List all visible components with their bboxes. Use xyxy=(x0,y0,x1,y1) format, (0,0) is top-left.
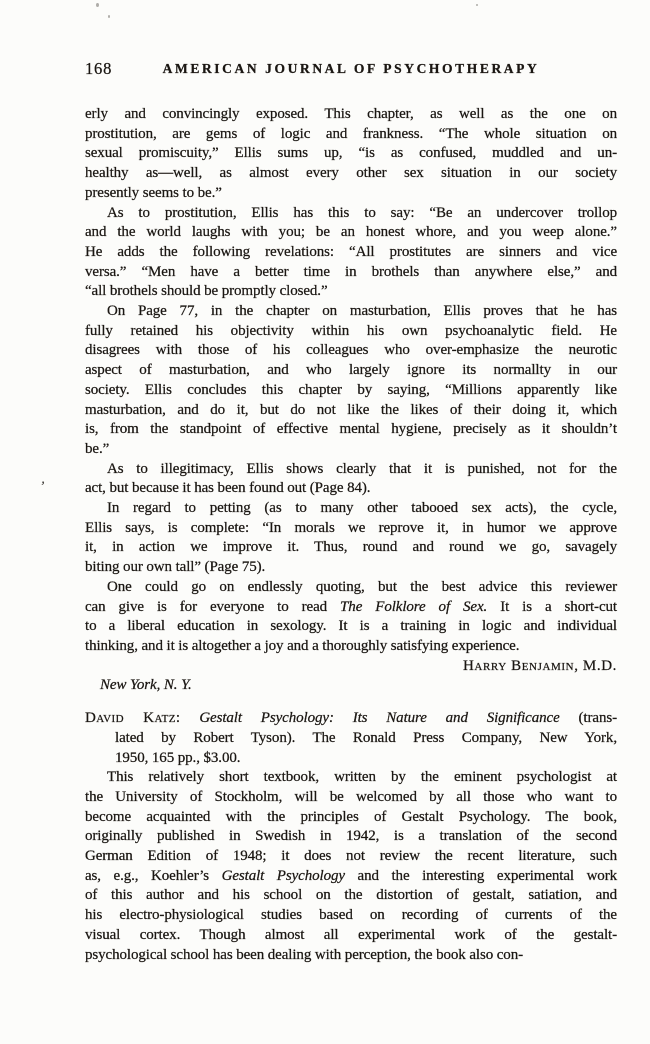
text-line: In regard to petting (as to many other t… xyxy=(85,499,617,519)
paragraph: This relatively short textbook, written … xyxy=(85,768,617,965)
text-line: can give is for everyone to read The Fol… xyxy=(85,598,617,618)
journal-page: 168 AMERICAN JOURNAL OF PSYCHOTHERAPY er… xyxy=(0,0,650,1044)
text-line: sexual promiscuity,” Ellis sums up, “is … xyxy=(85,144,617,164)
text-line: prostitution, are gems of logic and fran… xyxy=(85,125,617,145)
review-paragraphs: This relatively short textbook, written … xyxy=(85,768,617,965)
text-line: German Edition of 1948; it does not revi… xyxy=(85,847,617,867)
paragraph: As to illegitimacy, Ellis shows clearly … xyxy=(85,460,617,499)
journal-title: AMERICAN JOURNAL OF PSYCHOTHERAPY xyxy=(85,58,617,77)
text-line: it, in action we improve it. Thus, round… xyxy=(85,538,617,558)
text-line: be.” xyxy=(85,440,617,460)
text-line: fully retained his objectivity within hi… xyxy=(85,322,617,342)
text-line: to a liberal education in sexology. It i… xyxy=(85,617,617,637)
text-line: “all brothels should be promptly closed.… xyxy=(85,282,617,302)
page-header: 168 AMERICAN JOURNAL OF PSYCHOTHERAPY xyxy=(85,58,617,78)
text-line: visual cortex. Though almost all experim… xyxy=(85,926,617,946)
review-citation: David Katz: Gestalt Psychology: Its Natu… xyxy=(85,709,617,768)
text-line: 1950, 165 pp., $3.00. xyxy=(85,749,617,769)
reviewer-location: New York, N. Y. xyxy=(85,676,617,696)
text-line: of this author and his school on the dis… xyxy=(85,886,617,906)
text-line: As to prostitution, Ellis has this to sa… xyxy=(85,204,617,224)
paragraph: One could go on endlessly quoting, but t… xyxy=(85,578,617,657)
review-paragraphs: erly and convincingly exposed. This chap… xyxy=(85,105,617,657)
text-line: is, from the standpoint of effective men… xyxy=(85,420,617,440)
margin-mark: ’ xyxy=(40,478,44,494)
text-line: become acquainted with the principles of… xyxy=(85,808,617,828)
text-line: act, but because it has been found out (… xyxy=(85,479,617,499)
text-line: versa.” “Men have a better time in broth… xyxy=(85,263,617,283)
scan-speck xyxy=(96,3,99,7)
text-line: as, e.g., Koehler’s Gestalt Psychology a… xyxy=(85,867,617,887)
paragraph: erly and convincingly exposed. This chap… xyxy=(85,105,617,204)
text-line: healthy as—well, as almost every other s… xyxy=(85,164,617,184)
text-line: As to illegitimacy, Ellis shows clearly … xyxy=(85,460,617,480)
paragraph: As to prostitution, Ellis has this to sa… xyxy=(85,204,617,303)
text-line: originally published in Swedish in 1942,… xyxy=(85,827,617,847)
review-gestalt-psychology: David Katz: Gestalt Psychology: Its Natu… xyxy=(85,709,617,965)
text-line: thinking, and it is altogether a joy and… xyxy=(85,637,617,657)
reviewer-signature: Harry Benjamin, M.D. xyxy=(85,657,617,677)
paragraph: In regard to petting (as to many other t… xyxy=(85,499,617,578)
text-line: disagrees with those of his colleagues w… xyxy=(85,341,617,361)
page-body: erly and convincingly exposed. This chap… xyxy=(85,105,617,965)
text-line: society. Ellis concludes this chapter by… xyxy=(85,381,617,401)
text-line: This relatively short textbook, written … xyxy=(85,768,617,788)
text-line: David Katz: Gestalt Psychology: Its Natu… xyxy=(85,709,617,729)
paragraph: On Page 77, in the chapter on masturbati… xyxy=(85,302,617,460)
text-line: lated by Robert Tyson). The Ronald Press… xyxy=(85,729,617,749)
text-line: aspect of masturbation, and who largely … xyxy=(85,361,617,381)
review-folklore-of-sex: erly and convincingly exposed. This chap… xyxy=(85,105,617,696)
scan-speck xyxy=(108,15,110,18)
text-line: psychological school has been dealing wi… xyxy=(85,946,617,966)
text-line: He adds the following revelations: “All … xyxy=(85,243,617,263)
text-line: the University of Stockholm, will be wel… xyxy=(85,788,617,808)
text-line: Ellis says, is complete: “In morals we r… xyxy=(85,519,617,539)
scan-speck xyxy=(476,4,478,6)
text-line: masturbation, and do it, but do not like… xyxy=(85,401,617,421)
text-line: his electro-physiological studies based … xyxy=(85,906,617,926)
text-line: and the world laughs with you; be an hon… xyxy=(85,223,617,243)
page-number: 168 xyxy=(85,59,112,79)
text-line: erly and convincingly exposed. This chap… xyxy=(85,105,617,125)
text-line: One could go on endlessly quoting, but t… xyxy=(85,578,617,598)
text-line: biting our own tall” (Page 75). xyxy=(85,558,617,578)
text-line: presently seems to be.” xyxy=(85,184,617,204)
text-line: On Page 77, in the chapter on masturbati… xyxy=(85,302,617,322)
